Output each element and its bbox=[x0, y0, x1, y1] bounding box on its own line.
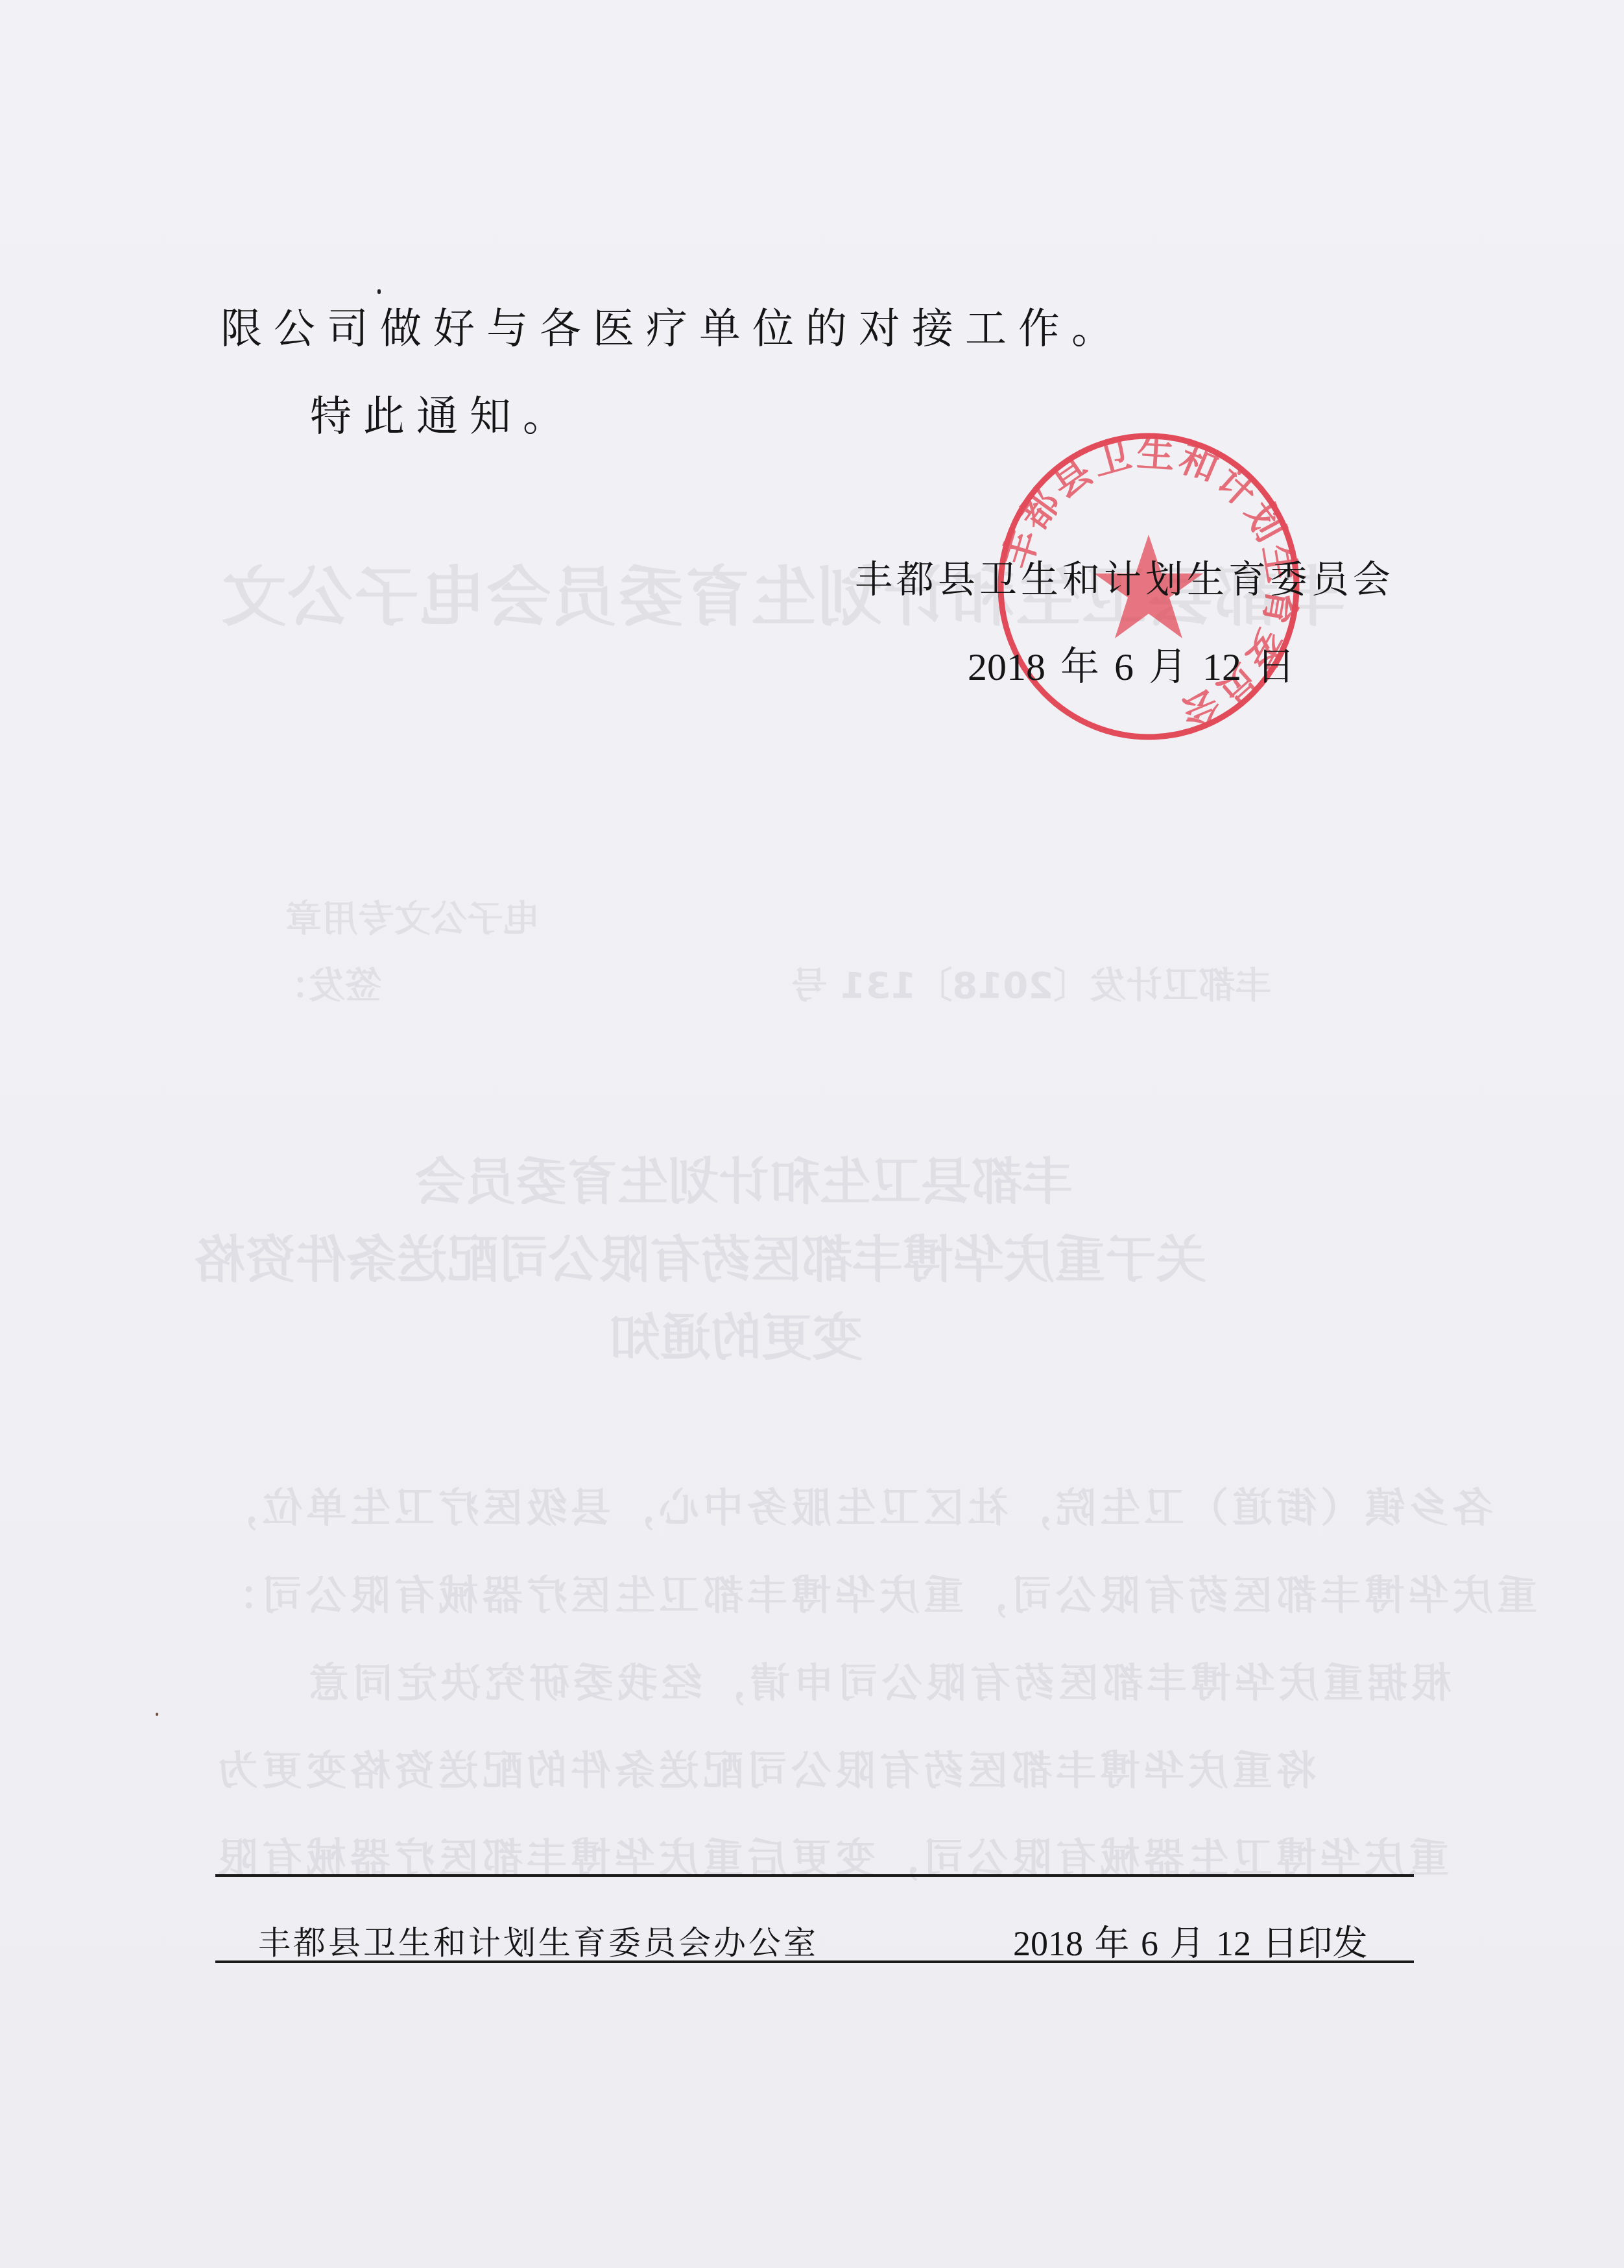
body-text-line: 限公司做好与各医疗单位的对接工作。 bbox=[221, 295, 1125, 355]
signature-organization: 丰都县卫生和计划生育委员会 bbox=[855, 549, 1394, 603]
document-page: 丰都县卫生和计划生育委员会电子公文 电子公文专用章 丰都卫计发〔2018〕131… bbox=[0, 0, 1624, 2268]
scan-speck bbox=[156, 1713, 158, 1716]
scan-speck bbox=[377, 289, 381, 294]
show-through-meta: 电子公文专用章 bbox=[285, 890, 540, 942]
closing-text: 特此通知。 bbox=[310, 383, 576, 442]
show-through-heading-2: 关于重庆华博丰都医药有限公司配送条件资格 bbox=[195, 1220, 1206, 1292]
show-through-para: 重庆华博丰都医药有限公司，重庆华博丰都卫生医疗器械有限公司： bbox=[214, 1563, 1537, 1621]
show-through-doc-number: 丰都卫计发〔2018〕131 号 bbox=[791, 957, 1271, 1009]
footer-rule-top bbox=[215, 1874, 1414, 1877]
show-through-heading-3: 变更的通知 bbox=[610, 1297, 863, 1370]
show-through-heading-1: 丰都县卫生和计划生育委员会 bbox=[415, 1142, 1073, 1214]
footer-rule-bottom bbox=[215, 1960, 1414, 1963]
show-through-para: 各乡镇（街道）卫生院，社区卫生服务中心，县级医疗卫生单位， bbox=[214, 1476, 1493, 1534]
footer-issue-date: 2018 年 6 月 12 日印发 bbox=[1013, 1916, 1368, 1966]
signature-date: 2018 年 6 月 12 日 bbox=[968, 636, 1295, 692]
footer-issuer: 丰都县卫生和计划生育委员会办公室 bbox=[258, 1917, 818, 1964]
show-through-signer: 签发： bbox=[272, 957, 381, 1009]
show-through-para: 将重庆华博丰都医药有限公司配送条件的配送资格变更为 bbox=[214, 1739, 1317, 1796]
show-through-para: 根据重庆华博丰都医药有限公司申请，经我委研究决定同意 bbox=[305, 1651, 1451, 1709]
